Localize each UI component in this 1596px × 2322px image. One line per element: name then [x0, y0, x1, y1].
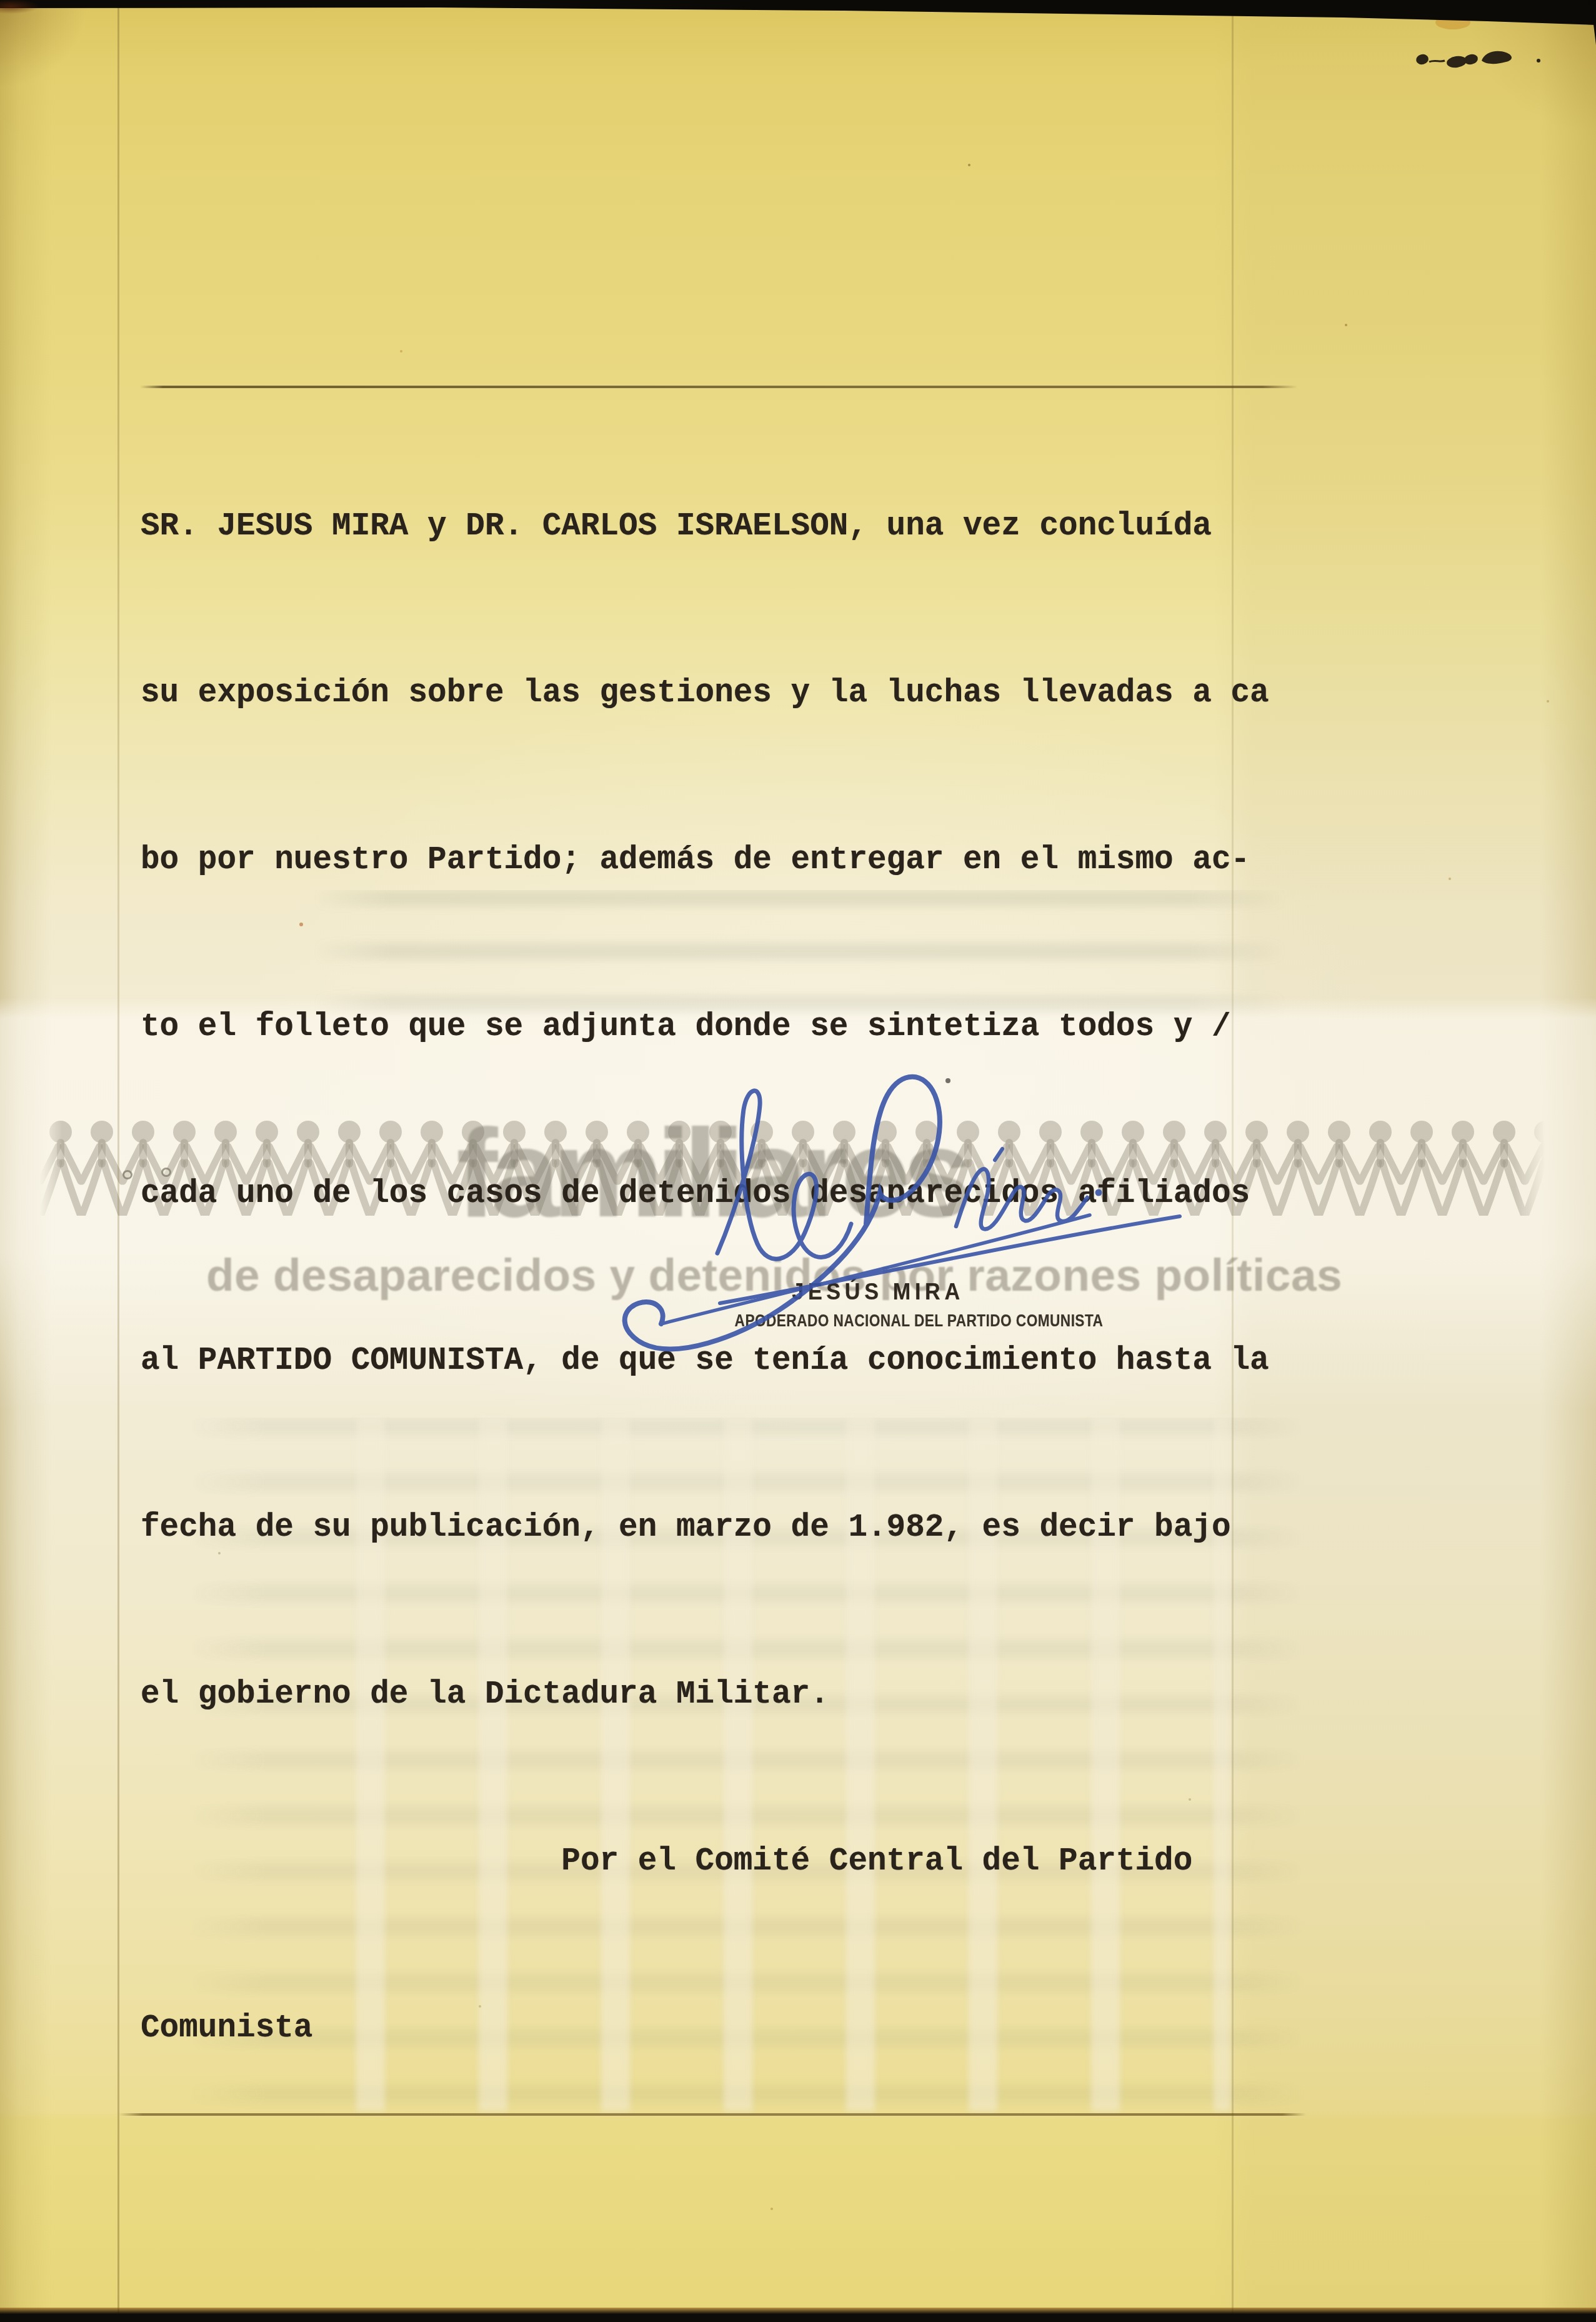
text-line: cada uno de los casos de detenidos desap…: [141, 1166, 1328, 1222]
scanned-document-page: familiares de desaparecidos y detenidos …: [0, 0, 1596, 2322]
text-line: Por el Comité Central del Partido: [141, 1834, 1328, 1889]
stamp-signer-title: APODERADO NACIONAL DEL PARTIDO COMUNISTA: [735, 1311, 1034, 1331]
text-line: el gobierno de la Dictadura Militar.: [141, 1667, 1328, 1723]
text-line: su exposición sobre las gestiones y la l…: [141, 666, 1328, 721]
text-line: to el folleto que se adjunta donde se si…: [141, 999, 1328, 1055]
left-fold-crease: [117, 0, 119, 2322]
text-line: SR. JESUS MIRA y DR. CARLOS ISRAELSON, u…: [141, 499, 1328, 554]
typewritten-text-block: SR. JESUS MIRA y DR. CARLOS ISRAELSON, u…: [141, 388, 1328, 2168]
text-line: bo por nuestro Partido; además de entreg…: [141, 833, 1328, 888]
scan-top-edge: [0, 0, 1596, 26]
pen-scribble-mark: [1415, 16, 1540, 69]
scan-bottom-edge: [0, 2308, 1596, 2322]
text-line: al PARTIDO COMUNISTA, de que se tenía co…: [141, 1333, 1328, 1389]
staple-hole: [161, 1168, 171, 1177]
text-line: fecha de su publicación, en marzo de 1.9…: [141, 1500, 1328, 1556]
staple-hole: [122, 1170, 132, 1179]
corner-stain: [0, 0, 54, 21]
stamp-signer-name: JESÚS MIRA: [744, 1279, 1012, 1305]
text-line: Comunista: [141, 2001, 1328, 2056]
